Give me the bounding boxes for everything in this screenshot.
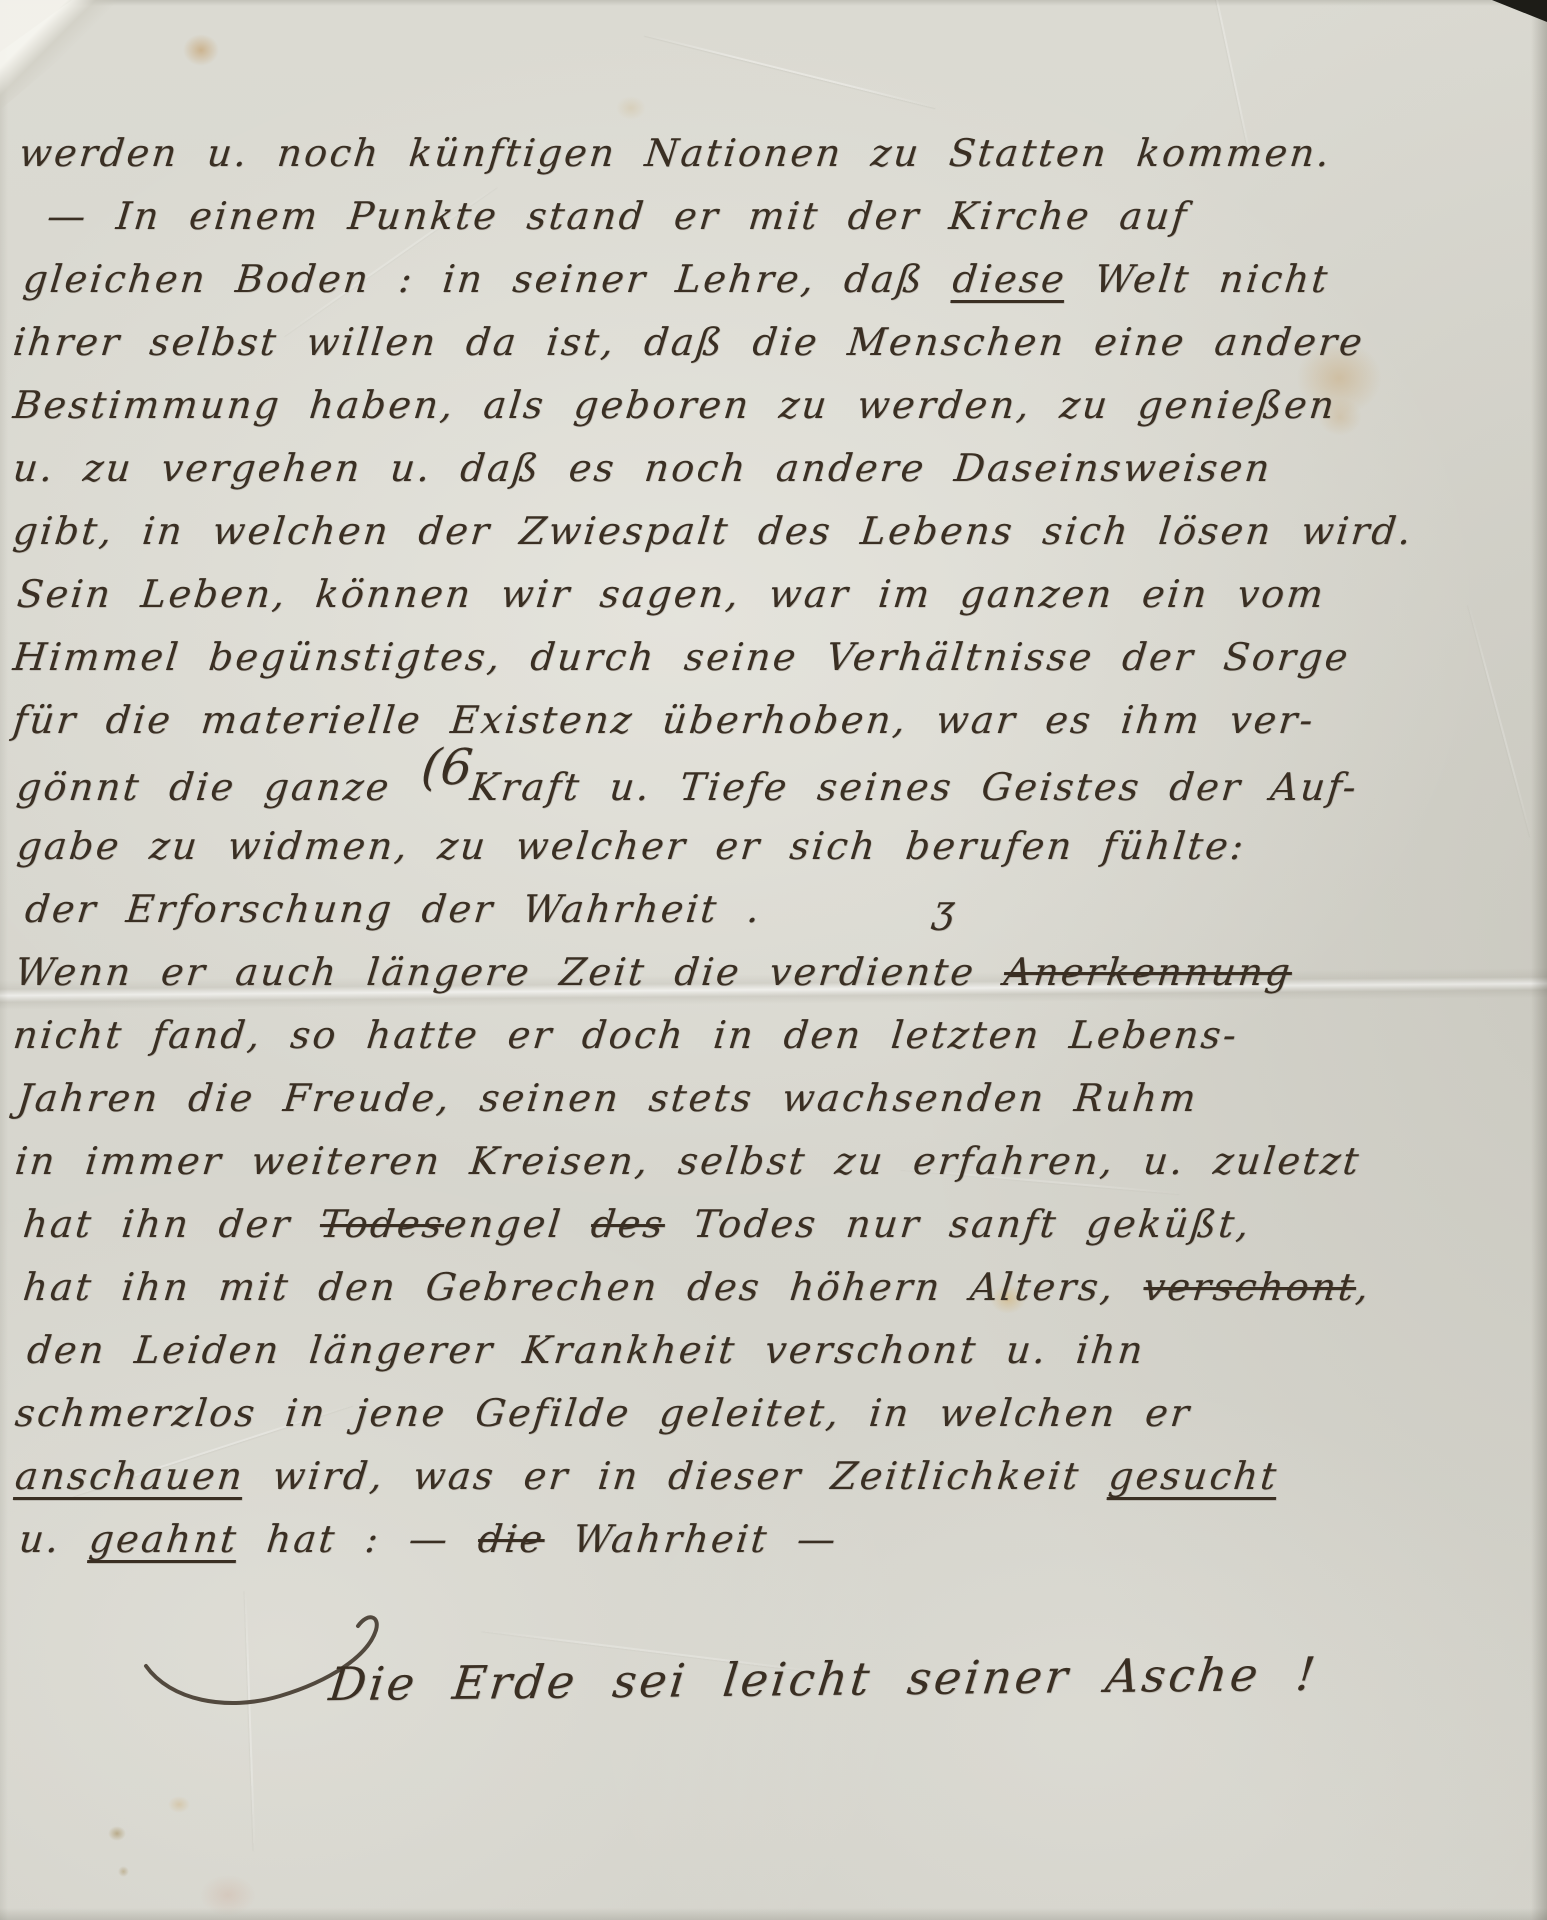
- manuscript-line-20: den Leiden längerer Krankheit verschont …: [10, 1319, 1547, 1382]
- text-segment: Jahren die Freude, seinen stets wachsend…: [15, 1076, 1200, 1120]
- manuscript-line-3: gleichen Boden : in seiner Lehre, daß di…: [10, 248, 1547, 311]
- manuscript-line-17: in immer weiteren Kreisen, selbst zu erf…: [10, 1130, 1547, 1193]
- text-segment: für die materielle Existenz überhoben, w…: [11, 698, 1317, 742]
- text-segment: Todes nur sanft geküßt,: [663, 1202, 1254, 1246]
- text-segment: u. zu vergehen u. daß es noch andere Das…: [11, 446, 1274, 490]
- text-segment: gibt, in welchen der Zwiespalt des Leben…: [11, 509, 1415, 553]
- page-number-marker: (6: [418, 736, 475, 799]
- letter-page: werden u. noch künftigen Nationen zu Sta…: [0, 0, 1547, 1920]
- manuscript-line-14: Wenn er auch längere Zeit die verdiente …: [10, 941, 1547, 1004]
- text-segment: gleichen Boden : in seiner Lehre, daß: [21, 257, 955, 301]
- scanner-corner: [1483, 0, 1547, 22]
- text-segment: Himmel begünstigtes, durch seine Verhält…: [11, 635, 1352, 679]
- manuscript-line-9: Himmel begünstigtes, durch seine Verhält…: [10, 626, 1547, 689]
- manuscript-line-7: gibt, in welchen der Zwiespalt des Leben…: [10, 500, 1547, 563]
- foxing-stain: [108, 1826, 126, 1841]
- text-segment: diese: [951, 257, 1069, 301]
- text-segment: Welt nicht: [1064, 257, 1332, 301]
- manuscript-line-6: u. zu vergehen u. daß es noch andere Das…: [10, 437, 1547, 500]
- manuscript-line-18: hat ihn der Todesengel des Todes nur san…: [10, 1193, 1547, 1256]
- text-segment: — In einem Punkte stand er mit der Kirch…: [45, 194, 1191, 238]
- manuscript-line-12: gabe zu widmen, zu welcher er sich beruf…: [10, 815, 1547, 878]
- text-segment: des: [589, 1202, 667, 1246]
- manuscript-line-11: gönnt die ganze (6Kraft u. Tiefe seines …: [10, 752, 1547, 815]
- text-segment: Sein Leben, können wir sagen, war im gan…: [15, 572, 1328, 616]
- text-segment: gesucht: [1107, 1454, 1281, 1498]
- corner-fold: [0, 0, 130, 110]
- text-segment: nicht fand, so hatte er doch in den letz…: [11, 1013, 1241, 1057]
- foxing-stain: [616, 96, 646, 120]
- manuscript-line-10: für die materielle Existenz überhoben, w…: [10, 689, 1547, 752]
- text-segment: den Leiden längerer Krankheit verschont …: [25, 1328, 1147, 1372]
- text-segment: Anerkennung: [1002, 950, 1294, 994]
- text-segment: gönnt die ganze: [15, 765, 422, 809]
- text-segment: u.: [17, 1517, 92, 1561]
- text-segment: hat ihn der: [21, 1202, 322, 1246]
- manuscript-line-8: Sein Leben, können wir sagen, war im gan…: [10, 563, 1547, 626]
- manuscript-line-15: nicht fand, so hatte er doch in den letz…: [10, 1004, 1547, 1067]
- text-segment: ihrer selbst willen da ist, daß die Mens…: [11, 320, 1367, 364]
- paper-edge-shadow: [0, 0, 8, 1920]
- manuscript-text-block: werden u. noch künftigen Nationen zu Sta…: [10, 122, 1541, 1571]
- text-segment: werden u. noch künftigen Nationen zu Sta…: [17, 131, 1334, 175]
- text-segment: gabe zu widmen, zu welcher er sich beruf…: [15, 824, 1248, 868]
- paper-wrinkle: [244, 1591, 255, 1851]
- text-segment: Wenn er auch längere Zeit die verdiente: [13, 950, 1006, 994]
- text-segment: Bestimmung haben, als geboren zu werden,…: [11, 383, 1339, 427]
- paper-wrinkle: [644, 34, 936, 109]
- text-segment: Kraft u. Tiefe seines Geistes der Auf-: [468, 765, 1361, 809]
- text-segment: Todes: [318, 1202, 447, 1246]
- manuscript-line-16: Jahren die Freude, seinen stets wachsend…: [10, 1067, 1547, 1130]
- text-segment: engel: [442, 1202, 594, 1246]
- manuscript-line-2: — In einem Punkte stand er mit der Kirch…: [10, 185, 1547, 248]
- manuscript-line-5: Bestimmung haben, als geboren zu werden,…: [10, 374, 1547, 437]
- text-segment: wird, was er in dieser Zeitlichkeit: [242, 1454, 1111, 1498]
- closing-line: Die Erde sei leicht seiner Asche !: [326, 1647, 1320, 1711]
- text-segment: ,: [1354, 1265, 1373, 1309]
- manuscript-line-1: werden u. noch künftigen Nationen zu Sta…: [10, 122, 1547, 185]
- text-segment: anschauen: [13, 1454, 247, 1498]
- text-segment: schmerzlos in jene Gefilde geleitet, in …: [13, 1391, 1193, 1435]
- paper-edge-shadow: [0, 0, 1547, 6]
- manuscript-line-13: der Erforschung der Wahrheit . ʒ: [10, 878, 1547, 941]
- text-segment: verschont: [1141, 1265, 1358, 1309]
- text-segment: Wahrheit —: [542, 1517, 840, 1561]
- manuscript-line-21: schmerzlos in jene Gefilde geleitet, in …: [10, 1382, 1547, 1445]
- foxing-stain: [168, 1796, 190, 1813]
- text-segment: der Erforschung der Wahrheit . ʒ: [23, 887, 959, 931]
- foxing-stain: [118, 1866, 129, 1877]
- foxing-stain: [183, 34, 219, 66]
- foxing-stain: [200, 1874, 256, 1916]
- paper-edge-shadow: [0, 1908, 1547, 1920]
- manuscript-line-22: anschauen wird, was er in dieser Zeitlic…: [10, 1445, 1547, 1508]
- text-segment: in immer weiteren Kreisen, selbst zu erf…: [13, 1139, 1363, 1183]
- manuscript-line-19: hat ihn mit den Gebrechen des höhern Alt…: [10, 1256, 1547, 1319]
- manuscript-line-4: ihrer selbst willen da ist, daß die Mens…: [10, 311, 1547, 374]
- manuscript-line-23: u. geahnt hat : — die Wahrheit —: [10, 1508, 1547, 1571]
- text-segment: hat : —: [236, 1517, 481, 1561]
- text-segment: hat ihn mit den Gebrechen des höhern Alt…: [21, 1265, 1146, 1309]
- text-segment: die: [476, 1517, 547, 1561]
- text-segment: geahnt: [87, 1517, 240, 1561]
